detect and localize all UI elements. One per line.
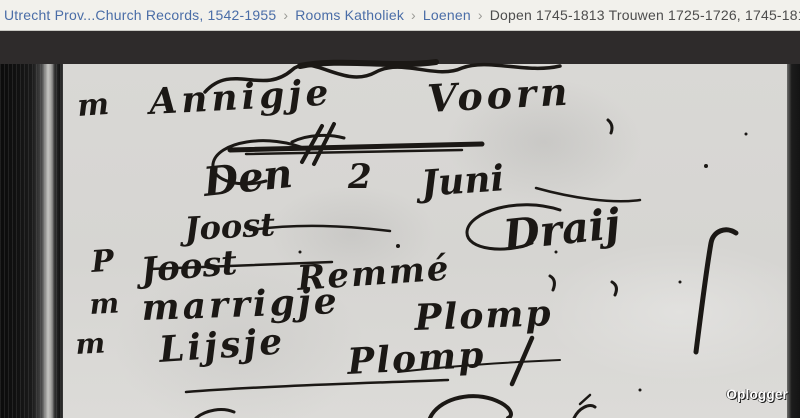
breadcrumb: Utrecht Prov...Church Records, 1542-1955… [0,0,800,31]
image-viewer: m Annigje Voorn Den 2 Juni Joost Draij [0,31,800,418]
book-binding-edge [0,64,63,418]
page: Utrecht Prov...Church Records, 1542-1955… [0,0,800,418]
scan-right-edge [787,64,800,418]
breadcrumb-link-denomination[interactable]: Rooms Katholiek [295,7,404,23]
breadcrumb-current-register: Dopen 1745-1813 Trouwen 1725-1726, 1745-… [490,7,800,23]
scanned-document[interactable] [0,64,800,418]
breadcrumb-separator: › [283,7,288,23]
breadcrumb-separator: › [411,7,416,23]
breadcrumb-separator: › [478,7,483,23]
breadcrumb-link-collection[interactable]: Utrecht Prov...Church Records, 1542-1955 [4,7,276,23]
oplogger-watermark: Oplogger [726,387,788,402]
breadcrumb-link-place[interactable]: Loenen [423,7,471,23]
